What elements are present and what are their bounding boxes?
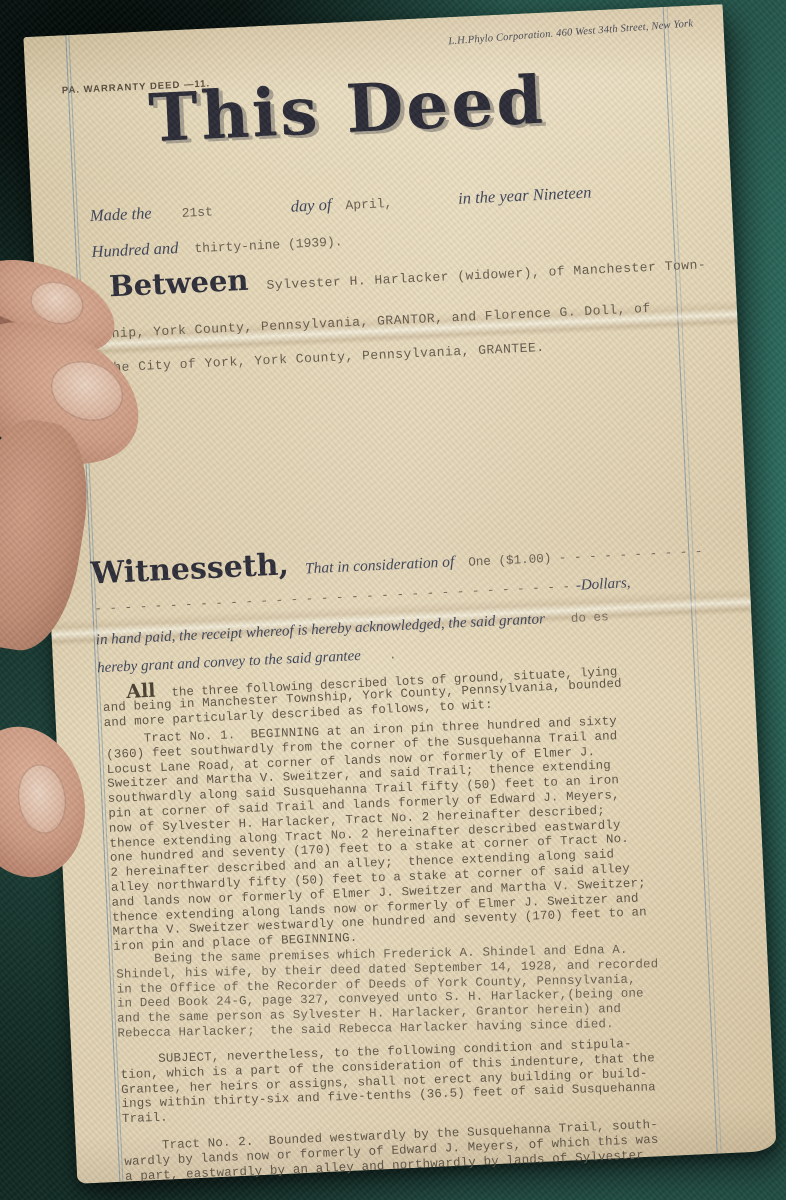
- made-line-1: Made the 21st day of April, in the year …: [89, 183, 591, 227]
- printed-in-hand-paid: in hand paid, the receipt whereof is her…: [95, 611, 545, 649]
- typed-grantor-intro: Sylvester H. Harlacker (widower), of Man…: [266, 257, 706, 293]
- paid-line-1: in hand paid, the receipt whereof is her…: [95, 608, 609, 649]
- typed-day: 21st: [181, 204, 213, 220]
- printed-dollars: -Dollars,: [576, 575, 631, 595]
- deed-paper: L.H.Phylo Corporation. 460 West 34th Str…: [23, 4, 776, 1184]
- made-line-2: Hundred and thirty-nine (1939).: [91, 230, 343, 262]
- between-continuation: ship, York County, Pennsylvania, GRANTOR…: [103, 292, 653, 386]
- witnesseth-lead: Witnesseth,: [90, 553, 289, 586]
- typed-year: thirty-nine (1939).: [194, 234, 343, 256]
- typed-period: .: [389, 648, 397, 662]
- printed-day-of: day of: [290, 195, 332, 217]
- printed-consideration: That in consideration of: [305, 553, 455, 578]
- printed-made-the: Made the: [89, 203, 152, 226]
- title-recital: Being the same premises which Frederick …: [116, 941, 704, 1041]
- deed-title: This Deed: [26, 55, 669, 163]
- typed-month: April,: [345, 196, 392, 213]
- typed-do-es: do es: [571, 610, 609, 626]
- typed-amount: One ($1.00) - - - - - - - - - -: [468, 545, 703, 570]
- printed-in-the-year: in the year Nineteen: [458, 183, 592, 209]
- photo-scene: L.H.Phylo Corporation. 460 West 34th Str…: [0, 0, 786, 1200]
- tract-1-description: Tract No. 1. BEGINNING at an iron pin th…: [105, 711, 699, 954]
- between-lead: Between: [109, 269, 249, 298]
- subject-clause: SUBJECT, nevertheless, to the following …: [120, 1035, 708, 1127]
- printed-hundred-and: Hundred and: [91, 238, 179, 262]
- tract-2-description: Tract No. 2. Bounded westwardly by the S…: [124, 1116, 711, 1185]
- printer-imprint: L.H.Phylo Corporation. 460 West 34th Str…: [416, 16, 726, 50]
